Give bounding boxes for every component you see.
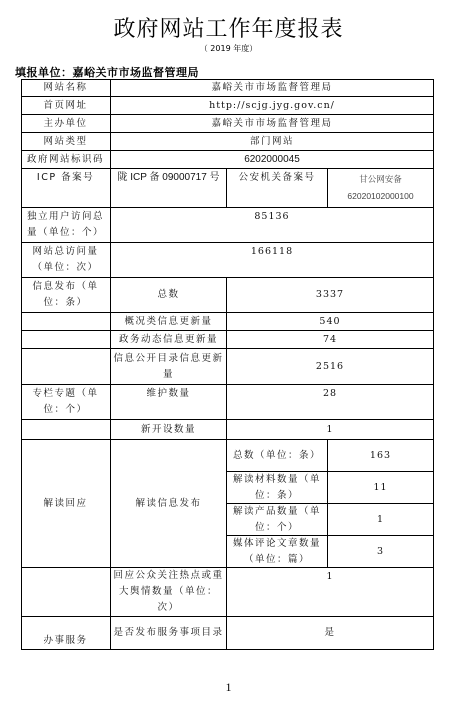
homepage-label: 首页网址: [21, 97, 111, 115]
total-visits-value: 166118: [111, 243, 434, 278]
overview-update-label: 概况类信息更新量: [111, 313, 227, 331]
site-name-value: 嘉峪关市市场监督管理局: [111, 79, 434, 97]
site-type-value: 部门网站: [111, 133, 434, 151]
interp-media-value: 3: [328, 536, 434, 568]
interp-material-value: 11: [328, 472, 434, 504]
interp-material-label: 解读材料数量（单位：条）: [227, 472, 328, 504]
info-total-label: 总数: [111, 278, 227, 313]
columns-maintained-value: 28: [227, 385, 434, 420]
police-record-prefix: 甘公网安备: [359, 171, 402, 188]
news-update-label: 政务动态信息更新量: [111, 331, 227, 349]
columns-maintained-label: 维护数量: [111, 385, 227, 420]
empty-cell: [21, 568, 111, 617]
empty-cell: [21, 313, 111, 331]
site-code-value: 6202000045: [111, 151, 434, 169]
interp-media-label: 媒体评论文章数量（单位：篇）: [227, 536, 328, 568]
disclosure-update-value: 2516: [227, 349, 434, 385]
news-update-value: 74: [227, 331, 434, 349]
service-item-value: 是: [227, 617, 434, 650]
interpretation-label: 解读回应: [21, 440, 111, 568]
homepage-value: http://scjg.jyg.gov.cn/: [111, 97, 434, 115]
service-label: 办事服务: [21, 617, 111, 650]
reporting-unit: 填报单位：嘉峪关市市场监督管理局: [15, 64, 199, 80]
empty-cell: [21, 331, 111, 349]
response-label: 回应公众关注热点或重大舆情数量（单位：次）: [111, 568, 227, 617]
site-code-label: 政府网站标识码: [21, 151, 111, 169]
overview-update-value: 540: [227, 313, 434, 331]
unique-visitors-label: 独立用户访问总量（单位：个）: [21, 208, 111, 243]
page-number: 1: [0, 680, 457, 695]
empty-cell: [21, 349, 111, 385]
icp-value: 陇 ICP 备 09000717 号: [111, 169, 227, 208]
info-total-value: 3337: [227, 278, 434, 313]
unique-visitors-value: 85136: [111, 208, 434, 243]
site-name-label: 网站名称: [21, 79, 111, 97]
police-record-value: 甘公网安备 62020102000100: [328, 169, 434, 208]
info-publish-label: 信息发布（单位：条）: [21, 278, 111, 313]
disclosure-update-label: 信息公开目录信息更新量: [111, 349, 227, 385]
columns-label: 专栏专题（单位：个）: [21, 385, 111, 420]
report-year: （ 2019 年度）: [0, 43, 457, 54]
service-item-label: 是否发布服务事项目录: [111, 617, 227, 650]
sponsor-label: 主办单位: [21, 115, 111, 133]
site-type-label: 网站类型: [21, 133, 111, 151]
icp-label: ICP 备案号: [21, 169, 111, 208]
total-visits-label: 网站总访问量（单位：次）: [21, 243, 111, 278]
interp-product-value: 1: [328, 504, 434, 536]
report-table: 网站名称 嘉峪关市市场监督管理局 首页网址 http://scjg.jyg.go…: [21, 79, 434, 650]
sponsor-value: 嘉峪关市市场监督管理局: [111, 115, 434, 133]
empty-cell: [21, 420, 111, 440]
response-value: 1: [227, 568, 434, 617]
interp-total-label: 总数（单位：条）: [227, 440, 328, 472]
page-title: 政府网站工作年度报表: [0, 12, 457, 43]
interpretation-publish-label: 解读信息发布: [111, 440, 227, 568]
interp-total-value: 163: [328, 440, 434, 472]
police-record-number: 62020102000100: [347, 188, 413, 205]
columns-new-value: 1: [227, 420, 434, 440]
police-record-label: 公安机关备案号: [227, 169, 328, 208]
columns-new-label: 新开设数量: [111, 420, 227, 440]
interp-product-label: 解读产品数量（单位：个）: [227, 504, 328, 536]
